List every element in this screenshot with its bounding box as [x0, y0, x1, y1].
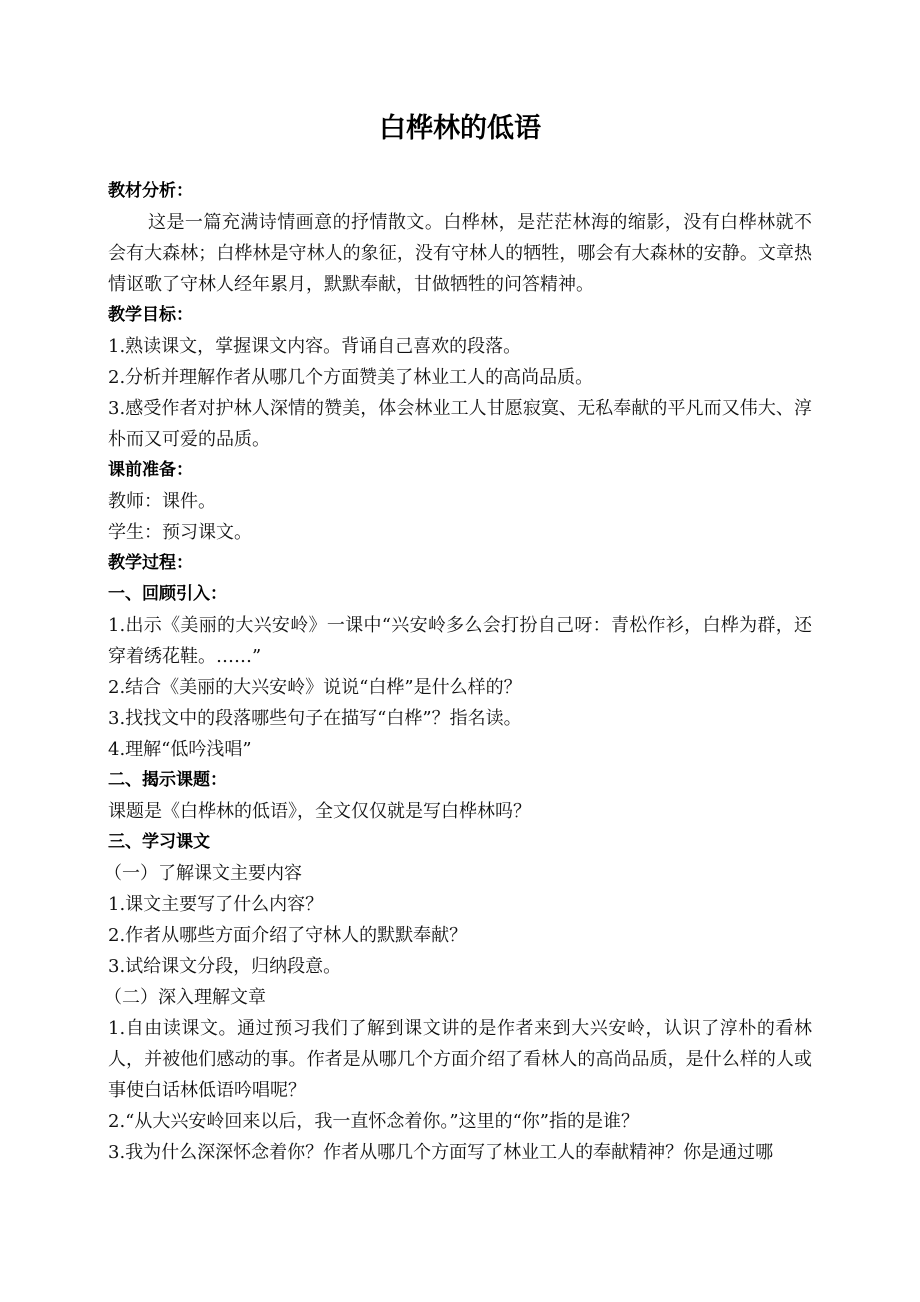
document-body: 教材分析： 这是一篇充满诗情画意的抒情散文。白桦林，是茫茫林海的缩影，没有白桦林… — [108, 176, 812, 1168]
heading-part2: 二、揭示课题： — [108, 765, 812, 796]
preparation-item: 教师：课件。 — [108, 486, 812, 517]
heading-process: 教学过程： — [108, 548, 812, 579]
part1-item: 1.出示《美丽的大兴安岭》一课中“兴安岭多么会打扮自己呀：青松作衫，白桦为群，还… — [108, 610, 812, 672]
analysis-paragraph: 这是一篇充满诗情画意的抒情散文。白桦林，是茫茫林海的缩影，没有白桦林就不会有大森… — [108, 207, 812, 300]
goal-item: 1.熟读课文，掌握课文内容。背诵自己喜欢的段落。 — [108, 331, 812, 362]
subheading-part3-1: （一）了解课文主要内容 — [108, 858, 812, 889]
part1-item: 4.理解“低吟浅唱” — [108, 734, 812, 765]
part3-1-item: 1.课文主要写了什么内容？ — [108, 889, 812, 920]
part3-1-item: 2.作者从哪些方面介绍了守林人的默默奉献？ — [108, 920, 812, 951]
heading-part3: 三、学习课文 — [108, 827, 812, 858]
part1-item: 2.结合《美丽的大兴安岭》说说“白桦”是什么样的？ — [108, 672, 812, 703]
heading-part1: 一、回顾引入： — [108, 579, 812, 610]
heading-analysis: 教材分析： — [108, 176, 812, 207]
document-title: 白桦林的低语 — [0, 106, 920, 145]
part3-2-item: 2.“从大兴安岭回来以后，我一直怀念着你。”这里的“你”指的是谁？ — [108, 1106, 812, 1137]
goal-item: 2.分析并理解作者从哪几个方面赞美了林业工人的高尚品质。 — [108, 362, 812, 393]
heading-preparation: 课前准备： — [108, 455, 812, 486]
goal-item: 3.感受作者对护林人深情的赞美，体会林业工人甘愿寂寞、无私奉献的平凡而又伟大、淳… — [108, 393, 812, 455]
part1-item: 3.找找文中的段落哪些句子在描写“白桦”？指名读。 — [108, 703, 812, 734]
part2-item: 课题是《白桦林的低语》，全文仅仅就是写白桦林吗？ — [108, 796, 812, 827]
part3-2-item: 1.自由读课文。通过预习我们了解到课文讲的是作者来到大兴安岭，认识了淳朴的看林人… — [108, 1013, 812, 1106]
part3-2-item: 3.我为什么深深怀念着你？作者从哪几个方面写了林业工人的奉献精神？你是通过哪 — [108, 1137, 812, 1168]
subheading-part3-2: （二）深入理解文章 — [108, 982, 812, 1013]
preparation-item: 学生：预习课文。 — [108, 517, 812, 548]
part3-1-item: 3.试给课文分段，归纳段意。 — [108, 951, 812, 982]
heading-goals: 教学目标： — [108, 300, 812, 331]
document-page: 白桦林的低语 教材分析： 这是一篇充满诗情画意的抒情散文。白桦林，是茫茫林海的缩… — [0, 0, 920, 1302]
